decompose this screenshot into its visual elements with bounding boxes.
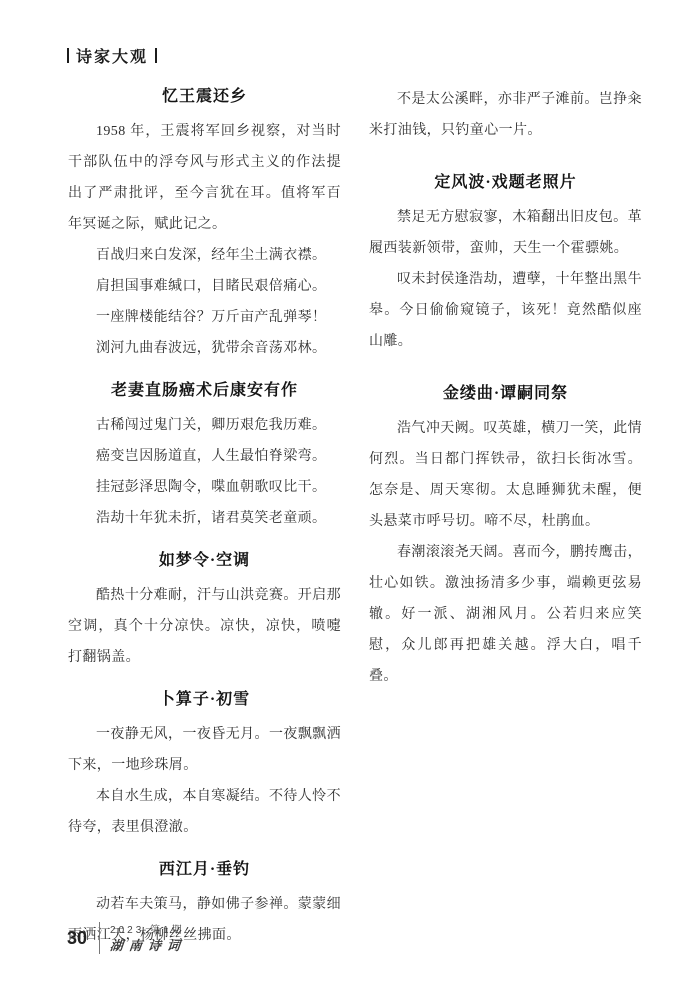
poem-paragraph: 叹未封侯逢浩劫，遭孽，十年整出黑牛皋。今日偷偷窥镜子，该死！竟然酷似座山雕。 [369,264,642,357]
poem-paragraph: 酷热十分难耐，汗与山洪竞赛。开启那空调，真个十分凉快。凉快，凉快，喷嚏打翻锅盖。 [68,580,341,673]
section-header: 诗家大观 [67,44,157,67]
journal-name-logo: 湖南诗词 [109,938,187,953]
poem-paragraph: 一夜静无风，一夜昏无月。一夜飘飘洒下来，一地珍珠屑。 [68,719,341,781]
footer-divider [99,922,100,954]
issue-label: 2023 第1期 [110,923,186,938]
poem-verse-line: 浏河九曲春波远，犹带余音荡邓林。 [68,333,341,364]
header-bar-left-icon [67,48,69,63]
section-header-label: 诗家大观 [76,44,148,67]
poem-title: 如梦令·空调 [68,548,341,574]
poem-verse-line: 古稀闯过鬼门关，卿历艰危我历难。 [68,410,341,441]
left-column: 忆王震还乡 1958 年，王震将军回乡视察，对当时干部队伍中的浮夸风与形式主义的… [68,80,341,951]
poem-title: 定风波·戏题老照片 [369,170,642,196]
right-column: 不是太公溪畔，亦非严子滩前。岂挣籴米打油钱，只钓童心一片。 定风波·戏题老照片 … [369,80,642,951]
page-footer: 30 2023 第1期 湖南诗词 [67,922,186,954]
poem-title: 卜算子·初雪 [68,687,341,713]
poem-title: 老妻直肠癌术后康安有作 [68,378,341,404]
issue-info: 2023 第1期 湖南诗词 [110,923,186,953]
poem-verse-line: 百战归来白发深，经年尘土满衣襟。 [68,240,341,271]
poem-verse-line: 癌变岂因肠道直，人生最怕脊梁弯。 [68,441,341,472]
poem-verse-line: 肩担国事难缄口，目睹民艰倍痛心。 [68,271,341,302]
page-number: 30 [67,928,87,949]
poem-paragraph: 浩气冲天阙。叹英雄，横刀一笑，此情何烈。当日都门挥铁帚，欲扫长街冰雪。怎奈是、周… [369,413,642,537]
poem-verse-line: 挂冠彭泽思陶令，喋血朝歌叹比干。 [68,472,341,503]
poem-title: 金缕曲·谭嗣同祭 [369,381,642,407]
poem-paragraph: 不是太公溪畔，亦非严子滩前。岂挣籴米打油钱，只钓童心一片。 [369,84,642,146]
header-bar-right-icon [155,48,157,63]
poem-paragraph: 本自水生成，本自寒凝结。不待人怜不待夸，表里俱澄澈。 [68,781,341,843]
poem-title: 忆王震还乡 [68,84,341,110]
poem-verse-line: 一座牌楼能结谷？万斤亩产乱弹琴！ [68,302,341,333]
poem-paragraph: 春潮滚滚尧天阔。喜而今，鹏抟鹰击，壮心如铁。激浊扬清多少事，端赖更弦易辙。好一派… [369,537,642,692]
poem-paragraph: 禁足无方慰寂寥，木箱翻出旧皮包。革履西装新领带，蛮帅，天生一个霍骠姚。 [369,202,642,264]
poem-preface: 1958 年，王震将军回乡视察，对当时干部队伍中的浮夸风与形式主义的作法提出了严… [68,116,341,240]
text-columns: 忆王震还乡 1958 年，王震将军回乡视察，对当时干部队伍中的浮夸风与形式主义的… [68,80,642,951]
poem-verse-line: 浩劫十年犹未折，诸君莫笑老童顽。 [68,503,341,534]
magazine-page: 诗家大观 忆王震还乡 1958 年，王震将军回乡视察，对当时干部队伍中的浮夸风与… [0,0,700,989]
poem-title: 西江月·垂钓 [68,857,341,883]
